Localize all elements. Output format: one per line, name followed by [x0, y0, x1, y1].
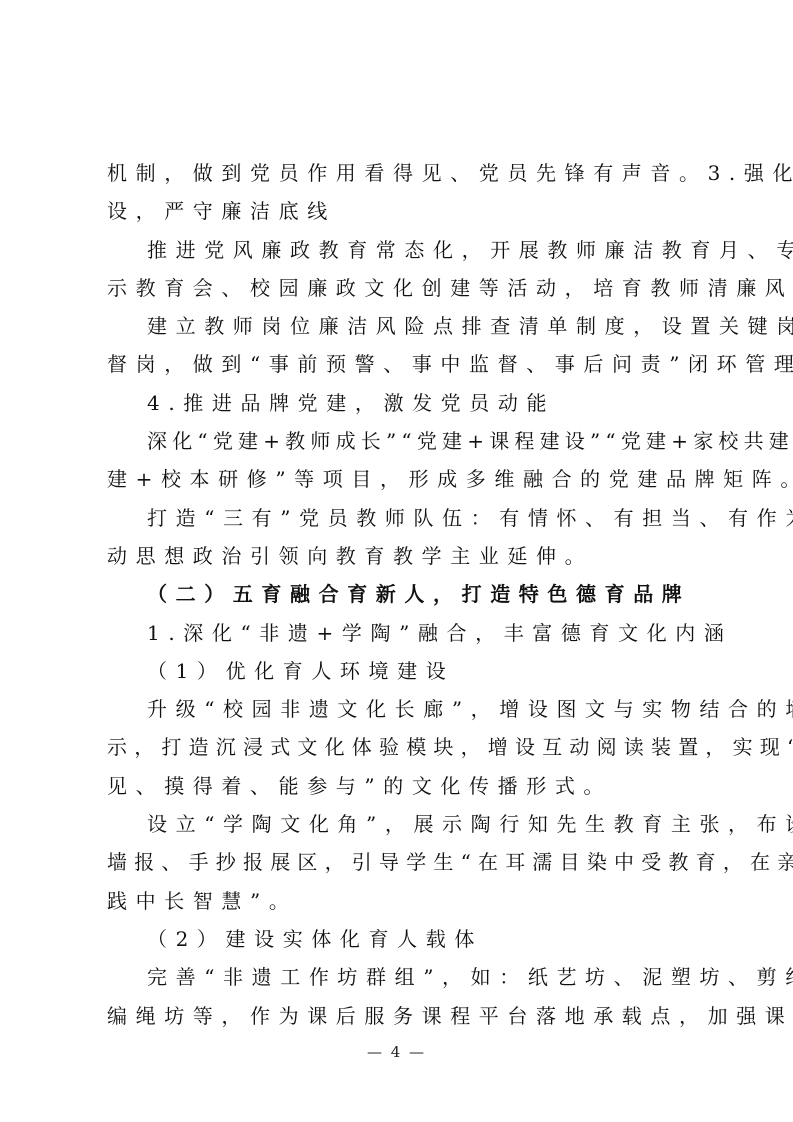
text-line: 墙报、手抄报展区，引导学生“在耳濡目染中受教育，在亲身实	[107, 843, 689, 881]
subsection-heading: 1.深化“非遗+学陶”融合，丰富德育文化内涵	[107, 614, 689, 652]
text-line: 示教育会、校园廉政文化创建等活动，培育教师清廉风尚。	[107, 269, 689, 307]
text-line: 完善“非遗工作坊群组”，如：纸艺坊、泥塑坊、剪纸坊、	[107, 958, 689, 996]
text-line: 动思想政治引领向教育教学主业延伸。	[107, 537, 689, 575]
subsection-heading: （1）优化育人环境建设	[107, 652, 689, 690]
text-line: 编绳坊等，作为课后服务课程平台落地承载点，加强课程资源	[107, 997, 689, 1035]
text-line: 建立教师岗位廉洁风险点排查清单制度，设置关键岗位监	[107, 307, 689, 345]
text-line: 督岗，做到“事前预警、事中监督、事后问责”闭环管理。	[107, 345, 689, 383]
text-line: 深化“党建+教师成长”“党建+课程建设”“党建+家校共建”“党	[107, 422, 689, 460]
text-line: 推进党风廉政教育常态化，开展教师廉洁教育月、专题警	[107, 231, 689, 269]
text-line: 升级“校园非遗文化长廊”，增设图文与实物结合的墙体展	[107, 690, 689, 728]
text-line: 示，打造沉浸式文化体验模块，增设互动阅读装置，实现“看得	[107, 728, 689, 766]
text-line: 打造“三有”党员教师队伍：有情怀、有担当、有作为，推	[107, 499, 689, 537]
text-line: 践中长智慧”。	[107, 882, 689, 920]
text-line: 见、摸得着、能参与”的文化传播形式。	[107, 767, 689, 805]
text-line: 设立“学陶文化角”，展示陶行知先生教育主张，布设主题	[107, 805, 689, 843]
document-body: 机制，做到党员作用看得见、党员先锋有声音。3.强化监督建 设，严守廉洁底线 推进…	[107, 154, 689, 1035]
text-line: 建+校本研修”等项目，形成多维融合的党建品牌矩阵。	[107, 460, 689, 498]
subsection-heading: （2）建设实体化育人载体	[107, 920, 689, 958]
subsection-heading: 4.推进品牌党建，激发党员动能	[107, 384, 689, 422]
text-line: 机制，做到党员作用看得见、党员先锋有声音。3.强化监督建	[107, 154, 689, 192]
page-number: — 4 —	[0, 1043, 793, 1061]
section-heading: （二）五育融合育新人，打造特色德育品牌	[107, 575, 689, 613]
text-line: 设，严守廉洁底线	[107, 192, 689, 230]
